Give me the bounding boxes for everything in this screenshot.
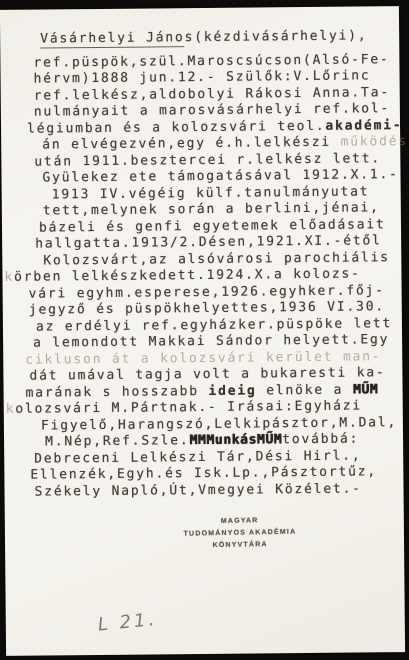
text-segment: k [6, 402, 16, 417]
text-segment: M.Nép,Ref.Szle. [45, 433, 190, 449]
text-segment: án elvégezvén,egy é.h.lelkészi [42, 135, 341, 153]
text-line: Székely Napló,Út,Vmegyei Közélet.- [34, 481, 403, 501]
text-segment: MŰM [353, 382, 378, 397]
text-segment: Vásárhelyi Jáno [40, 30, 185, 48]
text-segment: s(kézdivásárhelyi), [185, 28, 368, 45]
text-segment: olozsvári M.Pártnak.- Irásai:Egyházi [15, 398, 362, 416]
text-segment: az erdélyi ref.egyházker.püspöke lett [36, 316, 392, 334]
text-segment: vári egyhm.esperese,1926.egyhker.főj- [29, 283, 385, 301]
text-segment: Debreceni Lelkészi Tár,Dési Hirl., [34, 448, 361, 466]
text-segment: a lemondott Makkai Sándor helyett.Egy [33, 332, 389, 350]
text-segment: ref.lelkész,aldobolyi Rákosi Anna.Ta- [34, 85, 390, 103]
text-segment: hérvm)1888 jun.12.- Szülők:V.Lőrinc [34, 68, 371, 86]
text-segment: jegyző és püspökhelyettes,1936 VI.30. [29, 299, 385, 317]
text-segment: ref.püspök,szül.Maroscsúcson(Alsó-Fe- [33, 52, 389, 70]
text-segment: 1913 IV.végéig külf.tanulmányutat [52, 184, 370, 202]
text-segment: örben lelkészkedett.1924.X.a kolozs- [14, 266, 361, 284]
card-title-line: Vásárhelyi János(kézdivásárhelyi), [40, 28, 399, 48]
text-segment: akadémi- [325, 118, 402, 134]
text-segment: bázeli és genfi egyetemek előadásait [39, 217, 386, 235]
text-segment: tett,melynek során a berlini,jénai, [43, 200, 380, 218]
text-segment: cikluson át a kolozsvári kerület man- [25, 349, 381, 367]
text-segment: dát umával tagja volt a bukaresti ka- [29, 365, 385, 383]
index-card: Vásárhelyi János(kézdivásárhelyi),ref.pü… [0, 6, 405, 656]
text-segment: Figyelő,Harangszó,Lelkipásztor,M.Dal, [41, 415, 397, 433]
text-segment: légiumban és a kolozsvári teol. [27, 118, 326, 136]
text-segment: után 1911.besztercei r.lelkész lett. [34, 151, 381, 169]
text-segment: Kolozsvárt,az alsóvárosi parochiális [43, 250, 390, 268]
library-stamp: MAGYAR TUDOMÁNYOS AKADÉMIA KÖNYVTÁRA [165, 514, 316, 553]
text-segment: k [4, 270, 14, 285]
text-segment: elnöke a [257, 382, 353, 398]
text-segment: Gyülekez ete támogatásával 1912.X.1.- [42, 167, 398, 185]
text-segment: hallgatta.1913/2.Désen,1921.XI.-étől [35, 233, 382, 251]
typewritten-text: Vásárhelyi János(kézdivásárhelyi),ref.pü… [0, 6, 404, 501]
text-segment: marának s hosszabb [26, 383, 209, 400]
handwritten-note: L 21. [97, 609, 158, 636]
text-segment: MMMunkásMŰM [189, 432, 282, 448]
text-segment: működés [341, 134, 409, 150]
scanned-photo-frame: Vásárhelyi János(kézdivásárhelyi),ref.pü… [0, 0, 409, 660]
text-segment: Székely Napló,Út,Vmegyei Közélet.- [34, 481, 361, 499]
text-segment: továbbá: [282, 432, 359, 448]
text-segment: nulmányait a marosvásárhelyi ref.kol- [34, 101, 390, 119]
text-segment: ideig [208, 383, 256, 398]
text-segment: Ellenzék,Egyh.és Isk.Lp.,Pásztortűz, [30, 464, 377, 482]
